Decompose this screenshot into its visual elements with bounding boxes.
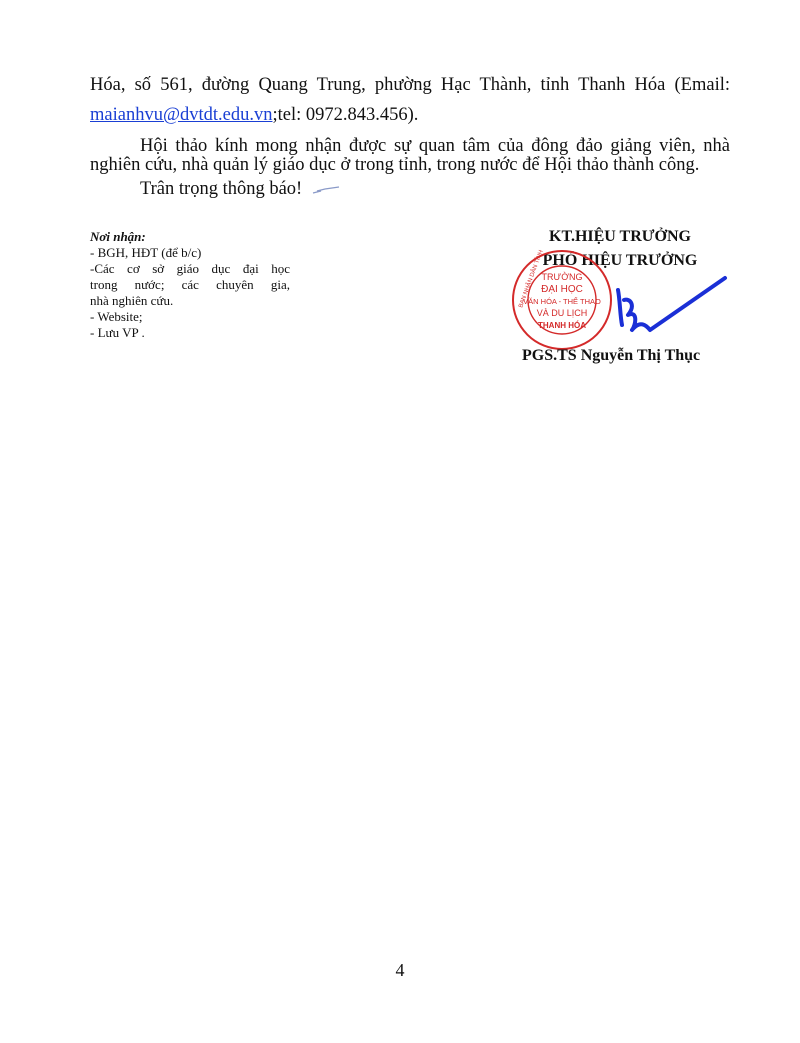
official-stamp-icon: TRƯỜNGĐẠI HỌCVĂN HÓA - THỂ THAOVÀ DU LỊC… — [510, 248, 614, 352]
signer-name: PGS.TS Nguyễn Thị Thục — [522, 346, 700, 366]
recipient-item: - Lưu VP . — [90, 325, 290, 341]
email-link[interactable]: maianhvu@dvtdt.edu.vn — [90, 105, 272, 125]
page-number: 4 — [0, 960, 800, 981]
recipient-item: trong nước; các chuyên gia, — [90, 277, 290, 293]
body-line-4: nghiên cứu, nhà quản lý giáo dục ở trong… — [90, 154, 730, 176]
body-text: nghiên cứu, nhà quản lý giáo dục ở trong… — [90, 155, 699, 175]
body-text: Hóa, số 561, đường Quang Trung, phường H… — [90, 75, 730, 95]
recipient-item: nhà nghiên cứu. — [90, 293, 290, 309]
signature-title-1: KT.HIỆU TRƯỞNG — [505, 227, 735, 247]
recipient-item: -Các cơ sở giáo dục đại học — [90, 261, 290, 277]
recipient-item: - BGH, HĐT (để b/c) — [90, 245, 290, 261]
svg-text:ĐẠI HỌC: ĐẠI HỌC — [541, 284, 583, 295]
closing-text: Trân trọng thông báo! — [140, 179, 302, 199]
svg-text:VÀ DU LỊCH: VÀ DU LỊCH — [537, 308, 588, 318]
body-line-5: Trân trọng thông báo! — [90, 178, 730, 200]
phone-text: ;tel: 0972.843.456). — [272, 105, 418, 125]
svg-text:THANH HÓA: THANH HÓA — [538, 321, 586, 330]
svg-text:TRƯỜNG: TRƯỜNG — [542, 272, 583, 282]
handwritten-signature-icon — [610, 270, 730, 340]
body-line-2: maianhvu@dvtdt.edu.vn;tel: 0972.843.456)… — [90, 104, 730, 126]
recipient-item: - Website; — [90, 309, 290, 325]
svg-text:VĂN HÓA - THỂ THAO: VĂN HÓA - THỂ THAO — [523, 297, 601, 306]
recipients-title: Nơi nhận: — [90, 229, 290, 245]
body-line-1: Hóa, số 561, đường Quang Trung, phường H… — [90, 74, 730, 96]
body-text: Hội thảo kính mong nhận được sự quan tâm… — [140, 136, 730, 156]
recipients-block: Nơi nhận: - BGH, HĐT (để b/c) -Các cơ sở… — [90, 229, 290, 341]
scribble-mark-icon — [311, 185, 341, 195]
